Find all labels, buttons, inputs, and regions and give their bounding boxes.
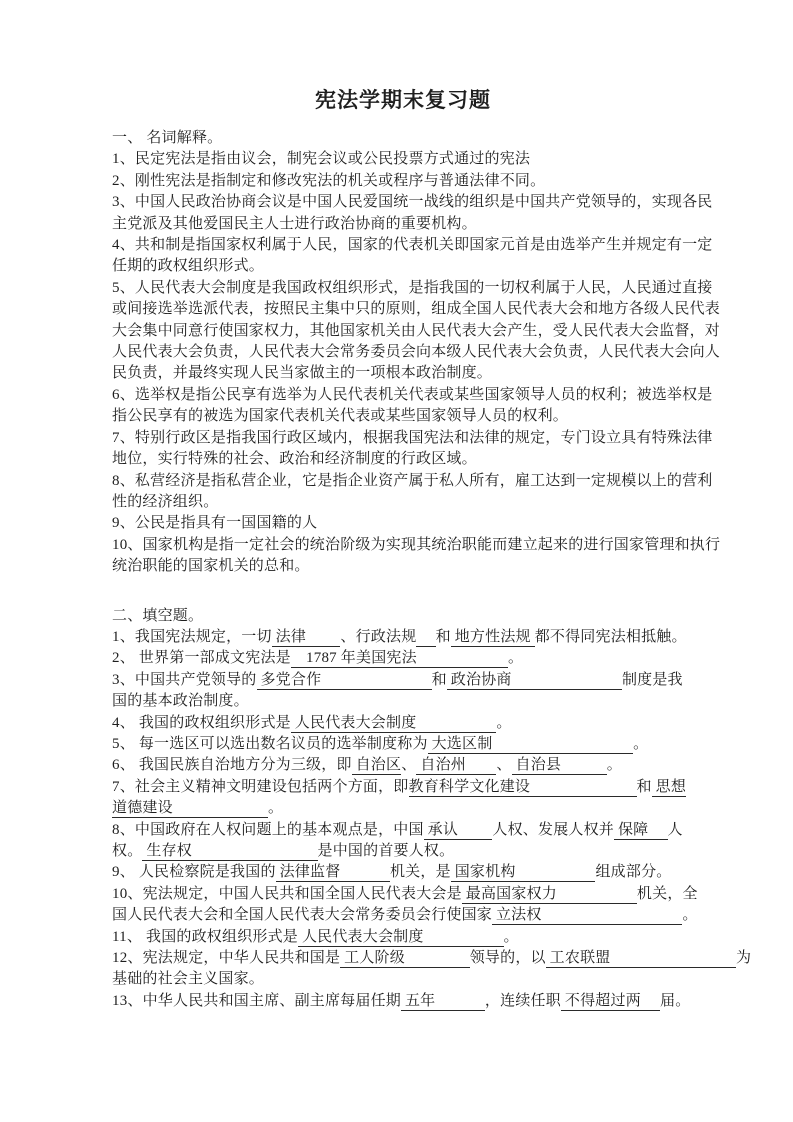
fill-blank-line: 权。 生存权 是中国的首要人权。 bbox=[112, 841, 694, 862]
blank-answer-underline: 地方性法规 bbox=[451, 629, 535, 647]
text-segment: 2、 世界第一部成文宪法是 bbox=[112, 650, 291, 666]
text-segment: 12、宪法规定，中华人民共和国是 bbox=[112, 950, 340, 966]
blank-answer-underline bbox=[416, 629, 435, 647]
blank-answer-underline: 承认 bbox=[424, 822, 493, 840]
text-segment: 6、 我国民族自治地方分为三级，即 bbox=[112, 757, 352, 773]
blank-answer-underline: 1787 年美国宪法 bbox=[291, 650, 508, 668]
blank-answer-underline: 自治州 bbox=[416, 757, 496, 775]
blank-answer-underline: 自治区 bbox=[352, 757, 402, 775]
text-line: 6、选举权是指公民享有选举为人民代表机关代表或某些国家领导人员的权利；被选举权是 bbox=[112, 385, 694, 406]
text-segment: 、 bbox=[401, 757, 416, 773]
blank-answer-underline: 最高国家权力 bbox=[462, 886, 637, 904]
text-segment: 届。 bbox=[660, 993, 690, 1009]
text-segment: 10、宪法规定，中国人民共和国全国人民代表大会是 bbox=[112, 886, 462, 902]
text-segment: 、 bbox=[496, 757, 511, 773]
section2-fill-in-blanks-list: 1、我国宪法规定，一切 法律 、行政法规 和 地方性法规 都不得同宪法相抵触。2… bbox=[112, 627, 694, 1012]
text-line: 4、共和制是指国家权利属于人民，国家的代表机关即国家元首是由选举产生并规定有一定 bbox=[112, 235, 694, 256]
blank-answer-underline: 不得超过两 bbox=[561, 993, 660, 1011]
text-line: 指公民享有的被选为国家代表机关代表或某些国家领导人员的权利。 bbox=[112, 406, 694, 427]
fill-blank-line: 3、中国共产党领导的 多党合作 和 政治协商 制度是我 bbox=[112, 670, 694, 691]
fill-blank-line: 11、 我国的政权组织形式是 人民代表大会制度 。 bbox=[112, 927, 694, 948]
document-title: 宪法学期末复习题 bbox=[112, 86, 694, 114]
text-segment: ，连续任职 bbox=[485, 993, 561, 1009]
blank-answer-underline: 道德建设 bbox=[112, 800, 268, 818]
text-segment: 国人民代表大会和全国人民代表大会常务委员会行使国家 bbox=[112, 907, 492, 923]
fill-blank-line: 8、中国政府在人权问题上的基本观点是，中国 承认 人权、发展人权并 保障 人 bbox=[112, 820, 694, 841]
text-line: 9、公民是指具有一国国籍的人 bbox=[112, 513, 694, 534]
text-segment: 1、我国宪法规定，一切 bbox=[112, 629, 272, 645]
fill-blank-line: 6、 我国民族自治地方分为三级，即 自治区、 自治州 、 自治县 。 bbox=[112, 755, 694, 776]
text-line: 统治职能的国家机关的总和。 bbox=[112, 556, 694, 577]
blank-answer-underline: 大选区制 bbox=[428, 736, 634, 754]
text-segment: 5、 每一选区可以选出数名议员的选举制度称为 bbox=[112, 736, 428, 752]
section1-heading: 一、 名词解释。 bbox=[112, 128, 694, 149]
fill-blank-line: 4、 我国的政权组织形式是 人民代表大会制度 。 bbox=[112, 713, 694, 734]
text-segment: 国的基本政治制度。 bbox=[112, 693, 249, 709]
blank-answer-underline: 法律 bbox=[272, 629, 341, 647]
fill-blank-line: 5、 每一选区可以选出数名议员的选举制度称为 大选区制 。 bbox=[112, 734, 694, 755]
document-content: 宪法学期末复习题 一、 名词解释。 1、民定宪法是指由议会，制宪会议或公民投票方… bbox=[112, 86, 694, 1012]
text-line: 大会集中同意行使国家权力，其他国家机关由人民代表大会产生，受人民代表大会监督，对 bbox=[112, 321, 694, 342]
section2-heading: 二、填空题。 bbox=[112, 606, 694, 627]
text-segment: 组成部分。 bbox=[595, 864, 671, 880]
text-line: 8、私营经济是指私营企业，它是指企业资产属于私人所有，雇工达到一定规模以上的营利 bbox=[112, 471, 694, 492]
blank-answer-underline: 人民代表大会制度 bbox=[291, 715, 497, 733]
fill-blank-line: 道德建设 。 bbox=[112, 798, 694, 819]
fill-blank-line: 12、宪法规定，中华人民共和国是 工人阶级 领导的，以 工农联盟 为 bbox=[112, 948, 694, 969]
blank-answer-underline: 多党合作 bbox=[257, 672, 432, 690]
text-segment: 为 bbox=[736, 950, 751, 966]
fill-blank-line: 国的基本政治制度。 bbox=[112, 691, 694, 712]
blank-answer-underline: 思想 bbox=[652, 779, 686, 797]
blank-answer-underline: 五年 bbox=[401, 993, 485, 1011]
text-segment: 是中国的首要人权。 bbox=[318, 843, 455, 859]
text-segment: 人权、发展人权并 bbox=[492, 822, 614, 838]
text-line: 5、人民代表大会制度是我国政权组织形式，是指我国的一切权利属于人民，人民通过直接 bbox=[112, 278, 694, 299]
text-segment: 。 bbox=[682, 907, 697, 923]
section1-definitions-list: 1、民定宪法是指由议会，制宪会议或公民投票方式通过的宪法2、刚性宪法是指制定和修… bbox=[112, 149, 694, 577]
fill-blank-line: 9、 人民检察院是我国的 法律监督 机关，是 国家机构 组成部分。 bbox=[112, 862, 694, 883]
fill-blank-line: 2、 世界第一部成文宪法是 1787 年美国宪法 。 bbox=[112, 648, 694, 669]
blank-answer-underline: 教育科学文化建设 bbox=[409, 779, 637, 797]
blank-answer-underline: 人民代表大会制度 bbox=[298, 929, 504, 947]
text-segment: 11、 我国的政权组织形式是 bbox=[112, 929, 298, 945]
text-line: 任期的政权组织形式。 bbox=[112, 256, 694, 277]
text-line: 性的经济组织。 bbox=[112, 492, 694, 513]
fill-blank-line: 10、宪法规定，中国人民共和国全国人民代表大会是 最高国家权力 机关，全 bbox=[112, 884, 694, 905]
text-segment: 、行政法规 bbox=[340, 629, 416, 645]
text-line: 地位，实行特殊的社会、政治和经济制度的行政区域。 bbox=[112, 449, 694, 470]
text-line: 民负责，并最终实现人民当家做主的一项根本政治制度。 bbox=[112, 363, 694, 384]
blank-answer-underline: 工农联盟 bbox=[546, 950, 736, 968]
text-segment: 4、 我国的政权组织形式是 bbox=[112, 715, 291, 731]
text-segment: 。 bbox=[508, 650, 523, 666]
blank-answer-underline: 保障 bbox=[614, 822, 668, 840]
text-line: 3、中国人民政治协商会议是中国人民爱国统一战线的组织是中国共产党领导的，实现各民 bbox=[112, 192, 694, 213]
text-segment: 机关，是 bbox=[390, 864, 451, 880]
text-segment: 制度是我 bbox=[622, 672, 683, 688]
text-line: 1、民定宪法是指由议会，制宪会议或公民投票方式通过的宪法 bbox=[112, 149, 694, 170]
text-segment: 9、 人民检察院是我国的 bbox=[112, 864, 276, 880]
text-segment: 和 bbox=[637, 779, 652, 795]
blank-answer-underline: 生存权 bbox=[142, 843, 317, 861]
text-segment: 。 bbox=[496, 715, 511, 731]
text-segment: 。 bbox=[633, 736, 648, 752]
text-segment: 领导的，以 bbox=[470, 950, 546, 966]
text-line: 10、国家机构是指一定社会的统治阶级为实现其统治职能而建立起来的进行国家管理和执… bbox=[112, 535, 694, 556]
fill-blank-line: 1、我国宪法规定，一切 法律 、行政法规 和 地方性法规 都不得同宪法相抵触。 bbox=[112, 627, 694, 648]
text-segment: 。 bbox=[504, 929, 519, 945]
blank-answer-underline: 法律监督 bbox=[276, 864, 390, 882]
text-segment: 3、中国共产党领导的 bbox=[112, 672, 257, 688]
text-line: 7、特别行政区是指我国行政区域内，根据我国宪法和法律的规定，专门设立具有特殊法律 bbox=[112, 428, 694, 449]
text-segment: 权。 bbox=[112, 843, 142, 859]
fill-blank-line: 13、中华人民共和国主席、副主席每届任期 五年 ，连续任职 不得超过两 届。 bbox=[112, 991, 694, 1012]
text-line: 或间接选举选派代表，按照民主集中只的原则，组成全国人民代表大会和地方各级人民代表 bbox=[112, 299, 694, 320]
text-segment: 基础的社会主义国家。 bbox=[112, 971, 264, 987]
blank-answer-underline: 政治协商 bbox=[447, 672, 622, 690]
text-line: 2、刚性宪法是指制定和修改宪法的机关或程序与普通法律不同。 bbox=[112, 171, 694, 192]
blank-answer-underline: 国家机构 bbox=[451, 864, 596, 882]
fill-blank-line: 基础的社会主义国家。 bbox=[112, 969, 694, 990]
text-segment: 都不得同宪法相抵触。 bbox=[535, 629, 687, 645]
text-segment: 8、中国政府在人权问题上的基本观点是，中国 bbox=[112, 822, 424, 838]
blank-answer-underline: 立法权 bbox=[492, 907, 682, 925]
blank-answer-underline: 自治县 bbox=[512, 757, 607, 775]
text-segment: 和 bbox=[436, 629, 451, 645]
text-segment: 7、社会主义精神文明建设包括两个方面，即 bbox=[112, 779, 409, 795]
text-segment: 机关，全 bbox=[637, 886, 698, 902]
text-line: 人民代表大会负责，人民代表大会常务委员会向本级人民代表大会负责，人民代表大会向人 bbox=[112, 342, 694, 363]
text-segment: 。 bbox=[268, 800, 283, 816]
blank-answer-underline: 工人阶级 bbox=[340, 950, 470, 968]
text-segment: 。 bbox=[607, 757, 622, 773]
fill-blank-line: 国人民代表大会和全国人民代表大会常务委员会行使国家 立法权 。 bbox=[112, 905, 694, 926]
text-segment: 13、中华人民共和国主席、副主席每届任期 bbox=[112, 993, 401, 1009]
fill-blank-line: 7、社会主义精神文明建设包括两个方面，即教育科学文化建设 和 思想 bbox=[112, 777, 694, 798]
text-segment: 和 bbox=[432, 672, 447, 688]
text-line: 主党派及其他爱国民主人士进行政治协商的重要机构。 bbox=[112, 214, 694, 235]
document-page: 宪法学期末复习题 一、 名词解释。 1、民定宪法是指由议会，制宪会议或公民投票方… bbox=[0, 0, 793, 1122]
text-segment: 人 bbox=[668, 822, 683, 838]
